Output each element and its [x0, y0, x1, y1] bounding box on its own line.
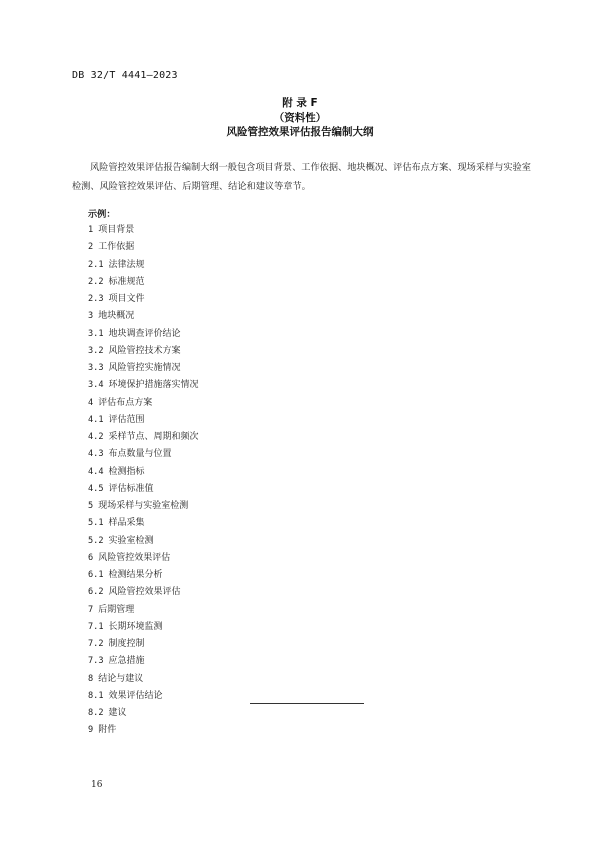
outline-item: 5.1样品采集	[88, 515, 199, 532]
appendix-title-block: 附 录 F （资料性） 风险管控效果评估报告编制大纲	[0, 96, 600, 140]
outline-item-number: 8	[88, 674, 93, 684]
outline-item: 4评估布点方案	[88, 395, 199, 412]
outline-item-text: 样品采集	[109, 518, 145, 528]
outline-item: 7.2制度控制	[88, 636, 199, 653]
outline-item: 5.2实验室检测	[88, 533, 199, 550]
outline-item: 2.1法律法规	[88, 257, 199, 274]
outline-item: 9附件	[88, 722, 199, 739]
outline-item-text: 法律法规	[109, 260, 145, 270]
outline-item-text: 风险管控效果评估	[109, 587, 181, 597]
outline-item: 1项目背景	[88, 222, 199, 239]
outline-item: 6.1检测结果分析	[88, 567, 199, 584]
outline-item-number: 2	[88, 242, 93, 252]
intro-paragraph-container: 风险管控效果评估报告编制大纲一般包含项目背景、工作依据、地块概况、评估布点方案、…	[72, 158, 532, 196]
outline-item: 4.1评估范围	[88, 412, 199, 429]
outline-item-text: 采样节点、周期和频次	[109, 432, 199, 442]
outline-item: 3.4环境保护措施落实情况	[88, 377, 199, 394]
outline-item-number: 6	[88, 553, 93, 563]
outline-item-text: 应急措施	[109, 656, 145, 666]
outline-item-number: 4.1	[88, 415, 104, 425]
outline-item: 4.5评估标准值	[88, 481, 199, 498]
intro-paragraph: 风险管控效果评估报告编制大纲一般包含项目背景、工作依据、地块概况、评估布点方案、…	[72, 158, 532, 196]
outline-item-number: 7.2	[88, 639, 104, 649]
outline-item: 3地块概况	[88, 308, 199, 325]
outline-item: 2.2标准规范	[88, 274, 199, 291]
outline-item-text: 附件	[98, 725, 116, 735]
outline-item: 7.3应急措施	[88, 653, 199, 670]
outline-item-number: 5.2	[88, 536, 104, 546]
outline-item-text: 评估范围	[109, 415, 145, 425]
appendix-nature: （资料性）	[0, 111, 600, 126]
outline-item-text: 检测结果分析	[109, 570, 163, 580]
outline-item: 8.1效果评估结论	[88, 688, 199, 705]
outline-item-text: 实验室检测	[109, 536, 154, 546]
outline-item-number: 9	[88, 725, 93, 735]
outline-item-number: 4.4	[88, 467, 104, 477]
outline-item-text: 风险管控实施情况	[109, 363, 181, 373]
outline-item-text: 布点数量与位置	[109, 449, 172, 459]
outline-item-number: 6.1	[88, 570, 104, 580]
outline-item: 6风险管控效果评估	[88, 550, 199, 567]
outline-item: 3.2风险管控技术方案	[88, 343, 199, 360]
outline-item-text: 项目文件	[109, 294, 145, 304]
outline-item-number: 3.2	[88, 346, 104, 356]
outline-item-number: 2.1	[88, 260, 104, 270]
outline-item-number: 5.1	[88, 518, 104, 528]
outline-item-text: 风险管控效果评估	[98, 553, 170, 563]
outline-item-number: 3.3	[88, 363, 104, 373]
outline-item: 2.3项目文件	[88, 291, 199, 308]
appendix-title: 风险管控效果评估报告编制大纲	[0, 125, 600, 140]
outline-item-text: 工作依据	[98, 242, 134, 252]
outline-item: 4.3布点数量与位置	[88, 446, 199, 463]
outline-item-text: 制度控制	[109, 639, 145, 649]
outline-item: 3.3风险管控实施情况	[88, 360, 199, 377]
outline-item-number: 7	[88, 605, 93, 615]
outline-item-number: 2.3	[88, 294, 104, 304]
appendix-label: 附 录 F	[0, 96, 600, 111]
document-standard-id: DB 32/T 4441—2023	[72, 70, 178, 81]
outline-item-text: 建议	[109, 708, 127, 718]
outline-item-number: 4.3	[88, 449, 104, 459]
outline-item-number: 3	[88, 311, 93, 321]
outline-item-number: 4.5	[88, 484, 104, 494]
outline-item-number: 7.3	[88, 656, 104, 666]
outline-item-text: 地块概况	[98, 311, 134, 321]
outline-item-number: 8.1	[88, 691, 104, 701]
outline-item: 8.2建议	[88, 705, 199, 722]
outline-item-text: 评估布点方案	[98, 398, 152, 408]
outline-item: 3.1地块调查评价结论	[88, 326, 199, 343]
example-label: 示例：	[88, 206, 116, 220]
outline-item: 8结论与建议	[88, 671, 199, 688]
outline-item-number: 2.2	[88, 277, 104, 287]
end-of-appendix-rule	[250, 703, 364, 704]
outline-item-number: 5	[88, 501, 93, 511]
outline-item: 4.2采样节点、周期和频次	[88, 429, 199, 446]
example-outline-list: 1项目背景2工作依据2.1法律法规2.2标准规范2.3项目文件3地块概况3.1地…	[88, 222, 199, 740]
outline-item-number: 6.2	[88, 587, 104, 597]
page-number: 16	[91, 780, 102, 790]
outline-item: 7后期管理	[88, 602, 199, 619]
outline-item-text: 后期管理	[98, 605, 134, 615]
outline-item-number: 4	[88, 398, 93, 408]
outline-item-number: 1	[88, 225, 93, 235]
outline-item-text: 项目背景	[98, 225, 134, 235]
outline-item-text: 效果评估结论	[109, 691, 163, 701]
outline-item-text: 长期环境监测	[109, 622, 163, 632]
outline-item: 7.1长期环境监测	[88, 619, 199, 636]
outline-item-text: 环境保护措施落实情况	[109, 380, 199, 390]
outline-item-text: 检测指标	[109, 467, 145, 477]
outline-item: 5现场采样与实验室检测	[88, 498, 199, 515]
outline-item: 4.4检测指标	[88, 464, 199, 481]
outline-item-text: 标准规范	[109, 277, 145, 287]
outline-item-text: 风险管控技术方案	[109, 346, 181, 356]
outline-item-text: 评估标准值	[109, 484, 154, 494]
outline-item-text: 地块调查评价结论	[109, 329, 181, 339]
outline-item-number: 3.1	[88, 329, 104, 339]
outline-item-number: 7.1	[88, 622, 104, 632]
outline-item: 6.2风险管控效果评估	[88, 584, 199, 601]
outline-item-number: 4.2	[88, 432, 104, 442]
outline-item: 2工作依据	[88, 239, 199, 256]
outline-item-text: 现场采样与实验室检测	[98, 501, 188, 511]
outline-item-text: 结论与建议	[98, 674, 143, 684]
outline-item-number: 3.4	[88, 380, 104, 390]
outline-item-number: 8.2	[88, 708, 104, 718]
